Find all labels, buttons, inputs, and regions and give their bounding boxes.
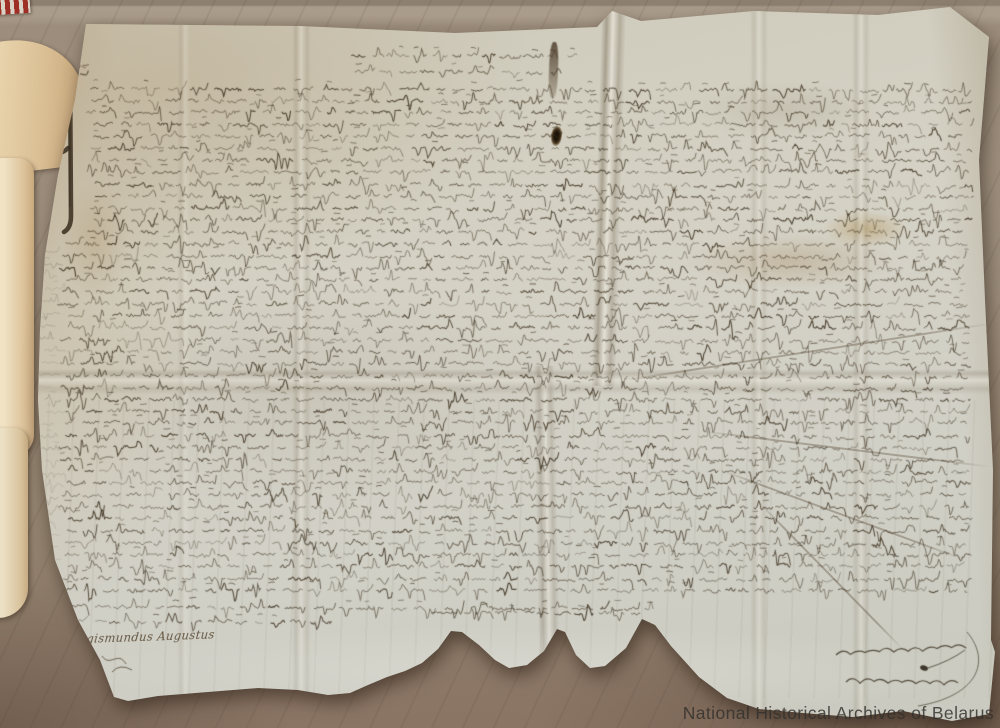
secretary-signature <box>828 638 978 698</box>
parchment-document: Sigismundus Augustus <box>0 0 1000 728</box>
handwritten-text-layer <box>0 0 1000 728</box>
parchment-wrap: Sigismundus Augustus <box>0 0 1000 728</box>
archive-watermark: National Historical Archives of Belarus <box>683 703 994 724</box>
archival-photograph: Sigismundus Augustus National Historical… <box>0 0 1000 728</box>
